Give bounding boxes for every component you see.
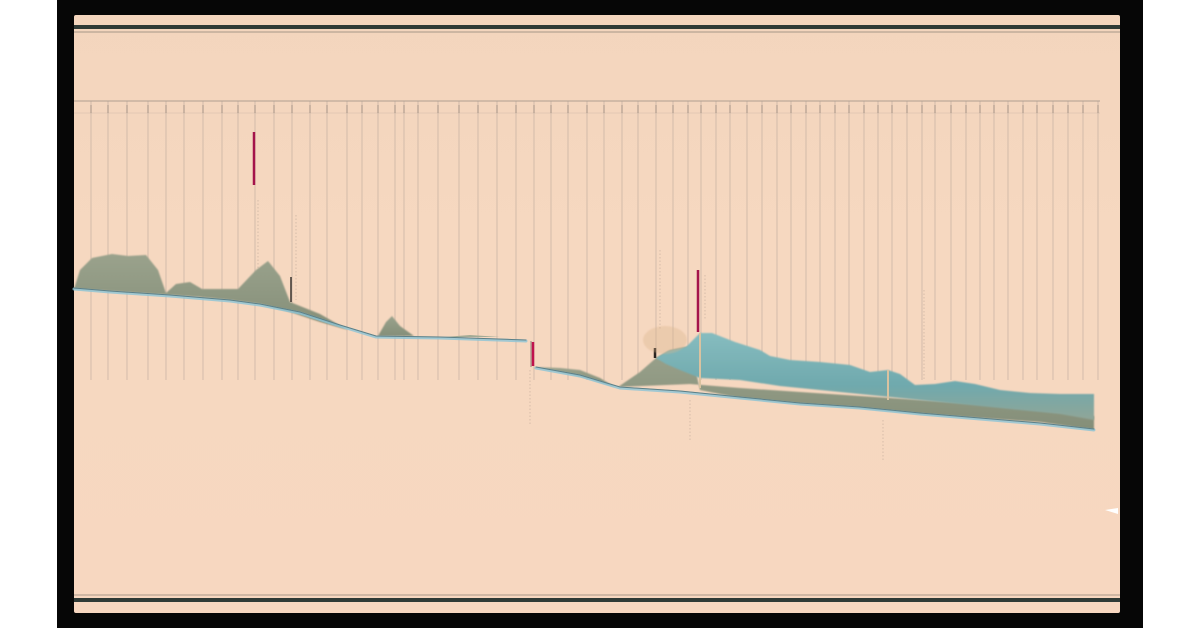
paper-stain xyxy=(643,326,687,354)
red-markers xyxy=(254,132,698,366)
torn-corner xyxy=(1105,508,1118,514)
bottom-border xyxy=(74,595,1120,602)
cross-section-diagram xyxy=(0,0,1200,628)
top-border xyxy=(74,25,1120,32)
rock-sliver xyxy=(444,335,500,337)
rock-peak-small xyxy=(378,316,414,336)
station-lines xyxy=(91,101,1098,380)
